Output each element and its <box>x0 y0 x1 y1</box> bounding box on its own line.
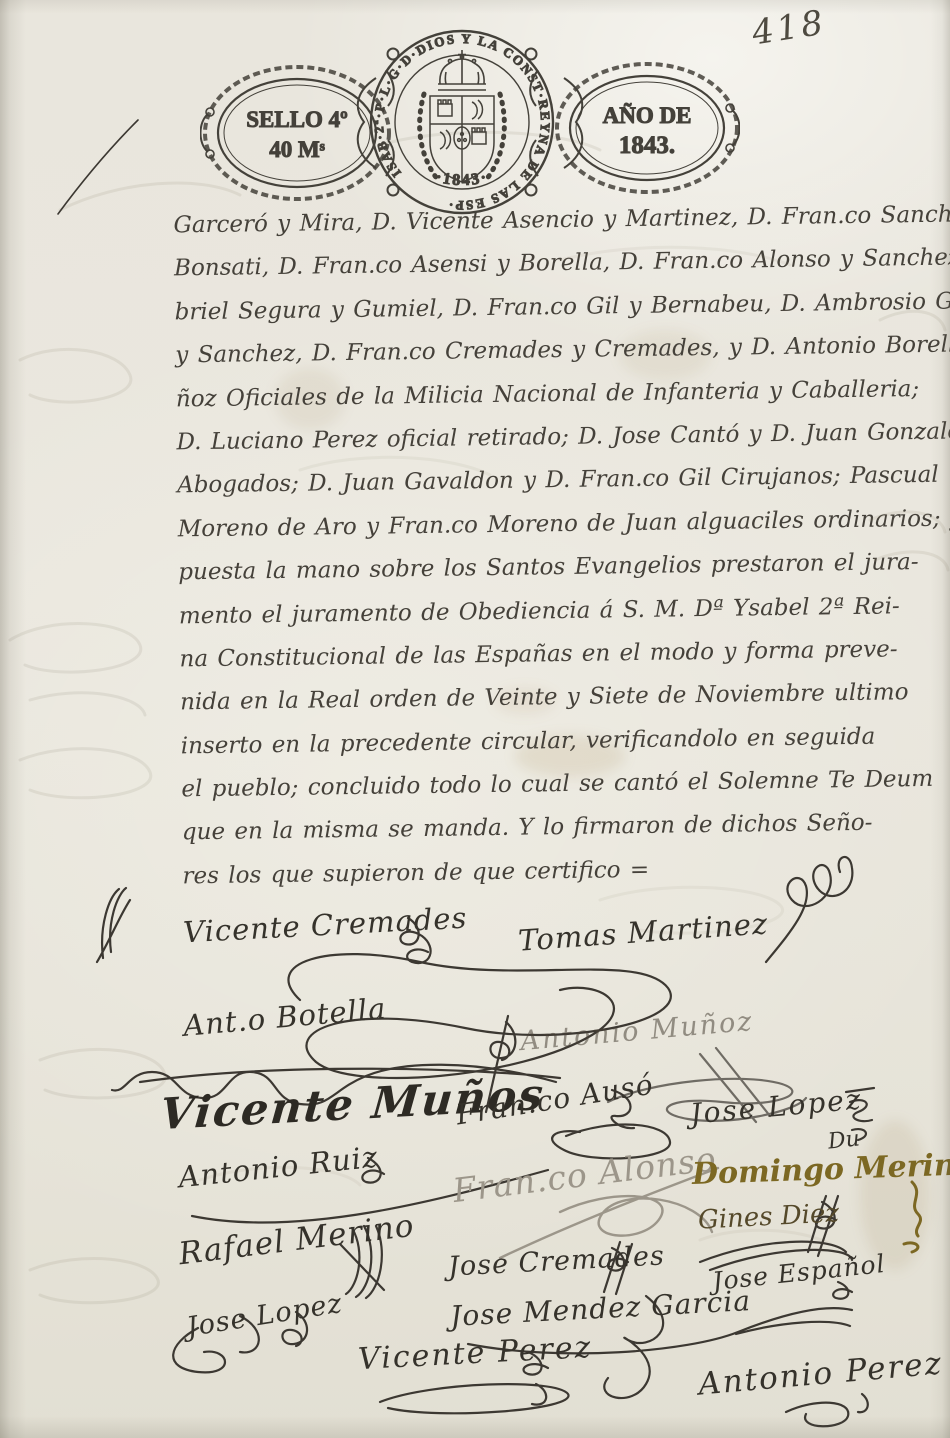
aperez-paraph <box>786 1394 868 1426</box>
margin-paraph <box>97 888 130 962</box>
merino-olive-paraph <box>904 1182 921 1252</box>
martinez-flourish <box>766 857 852 962</box>
manuscript-page: ISAB·2ª·P·L·G·D·DIOS Y LA CONST·REYNA DE… <box>0 0 950 1438</box>
espanol-paraph <box>833 1282 852 1299</box>
topleft-stroke <box>58 120 138 214</box>
